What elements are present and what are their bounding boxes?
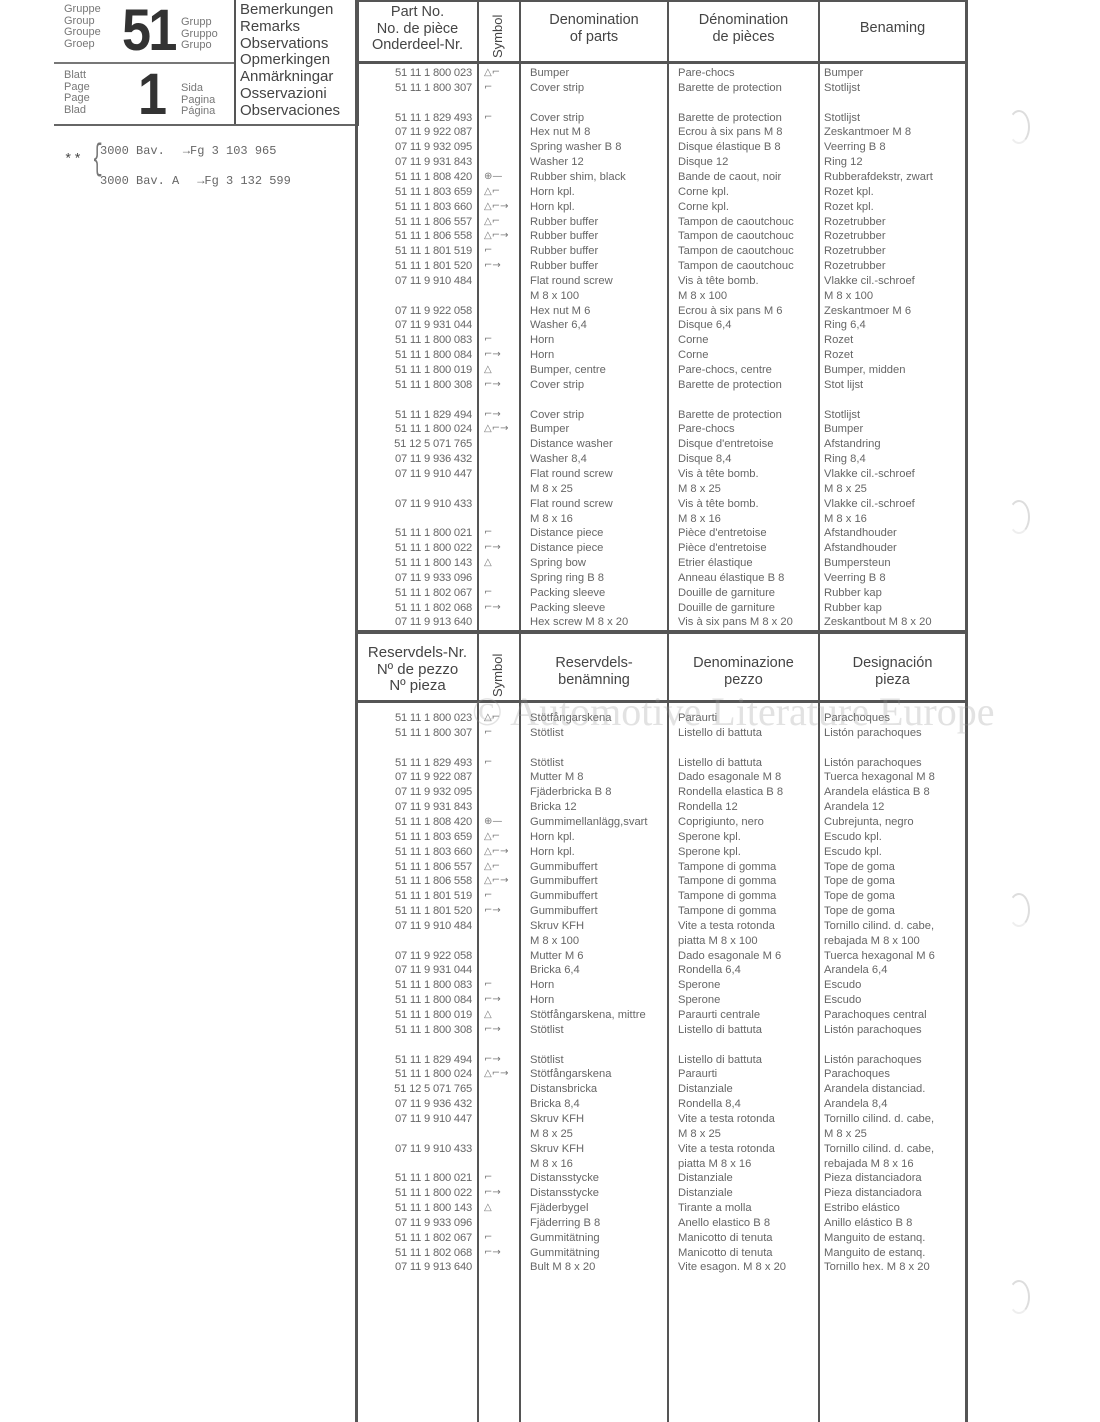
denomination-cell: Ring 12: [824, 155, 863, 170]
symbol-icon: ⌐→: [484, 408, 520, 423]
denomination-cell: Tornillo cilind. d. cabe,: [824, 1112, 934, 1127]
symbol-icon: ⌐: [484, 1231, 520, 1246]
part-number: 07 11 9 910 484: [356, 274, 472, 289]
denomination-cell: Flat round screw: [530, 467, 613, 482]
table-row: 51 11 1 829 493⌐StötlistListello di batt…: [356, 756, 968, 771]
denomination-cell: Etrier élastique: [678, 556, 753, 571]
table-row: 07 11 9 933 096Fjäderring B 8Anello elas…: [356, 1216, 968, 1231]
table-row: 51 11 1 806 558△⌐→Rubber bufferTampon de…: [356, 229, 968, 244]
symbol-icon: ⌐→: [484, 1246, 520, 1261]
denomination-cell: Spring bow: [530, 556, 586, 571]
denomination-cell: Bricka 6,4: [530, 963, 580, 978]
denomination-cell: Pare-chocs, centre: [678, 363, 772, 378]
part-number: 51 11 1 829 494: [356, 1053, 472, 1068]
symbol-icon: ⌐→: [484, 904, 520, 919]
denomination-cell: piatta M 8 x 100: [678, 934, 758, 949]
part-number: 51 11 1 800 021: [356, 1171, 472, 1186]
denomination-cell: Stötfångarskena: [530, 1067, 611, 1082]
symbol-icon: ⌐: [484, 244, 520, 259]
page-labels-right: Sida Pagina Página: [181, 83, 215, 118]
group-label: Grupo: [181, 40, 218, 52]
denomination-cell: Rubber kap: [824, 586, 882, 601]
denomination-cell: Vlakke cil.-schroef: [824, 274, 915, 289]
denomination-cell: Stötfångarskena, mittre: [530, 1008, 646, 1023]
denomination-cell: Rondella 6,4: [678, 963, 741, 978]
table-row: 51 11 1 800 308⌐→Cover stripBarette de p…: [356, 378, 968, 393]
part-number: 51 11 1 806 557: [356, 215, 472, 230]
part-number: 51 11 1 800 019: [356, 363, 472, 378]
denomination-cell: Tirante a molla: [678, 1201, 752, 1216]
denomination-cell: Veerring B 8: [824, 571, 886, 586]
table-row: M 8 x 100M 8 x 100M 8 x 100: [356, 289, 968, 304]
denomination-cell: Disque 12: [678, 155, 728, 170]
remarks-label: Anmärkningar: [240, 69, 340, 86]
remarks-label: Remarks: [240, 19, 340, 36]
denomination-cell: Arandela elástica B 8: [824, 785, 930, 800]
table-row: 07 11 9 932 095Fjäderbricka B 8Rondella …: [356, 785, 968, 800]
header-line: of parts: [521, 29, 667, 46]
symbol-icon: ⊕—: [484, 170, 520, 185]
table-row: 51 12 5 071 765DistansbrickaDistanzialeA…: [356, 1082, 968, 1097]
denomination-cell: Tampon de caoutchouc: [678, 229, 794, 244]
part-number: 07 11 9 933 096: [356, 571, 472, 586]
denomination-cell: Cubrejunta, negro: [824, 815, 914, 830]
denomination-cell: Parachoques central: [824, 1008, 927, 1023]
group-labels-right: Grupp Gruppo Grupo: [181, 17, 218, 52]
part-number: 51 11 1 808 420: [356, 170, 472, 185]
page-label: Página: [181, 106, 215, 118]
table-row: 07 11 9 936 432Washer 8,4Disque 8,4Ring …: [356, 452, 968, 467]
double-asterisk-icon: **: [64, 152, 83, 168]
table-row: 51 11 1 802 067⌐GummitätningManicotto di…: [356, 1231, 968, 1246]
denomination-cell: Tampon de caoutchouc: [678, 244, 794, 259]
group-label: Groupe: [64, 27, 101, 39]
part-number: 07 11 9 922 058: [356, 949, 472, 964]
denomination-cell: Bumper, midden: [824, 363, 905, 378]
symbol-icon: ⌐→: [484, 259, 520, 274]
part-number: 07 11 9 910 447: [356, 1112, 472, 1127]
part-number: 51 11 1 800 307: [356, 726, 472, 741]
table-row: 51 11 1 806 558△⌐→GummibuffertTampone di…: [356, 874, 968, 889]
header-line: pieza: [820, 672, 965, 689]
denomination-cell: Afstandring: [824, 437, 881, 452]
denomination-cell: Anillo elástico B 8: [824, 1216, 912, 1231]
denomination-cell: Manicotto di tenuta: [678, 1246, 773, 1261]
symbol-icon: ⌐→: [484, 541, 520, 556]
symbol-icon: ⌐: [484, 756, 520, 771]
remarks-labels: Bemerkungen Remarks Observations Opmerki…: [240, 2, 340, 120]
table-row: 51 11 1 800 021⌐DistansstyckeDistanziale…: [356, 1171, 968, 1186]
denomination-cell: Rubber buffer: [530, 244, 598, 259]
part-number: 51 11 1 829 493: [356, 756, 472, 771]
denomination-cell: Tornillo cilind. d. cabe,: [824, 919, 934, 934]
part-number: 51 11 1 800 083: [356, 978, 472, 993]
part-number: 51 11 1 800 019: [356, 1008, 472, 1023]
symbol-header: Symbol: [490, 15, 505, 58]
header-line: Reservdels-Nr.: [358, 645, 477, 662]
table-row: 51 11 1 802 067⌐Packing sleeveDouille de…: [356, 586, 968, 601]
part-number: 51 11 1 800 308: [356, 378, 472, 393]
denomination-cell: Gummibuffert: [530, 874, 598, 889]
table-row: 51 11 1 803 660△⌐→Horn kpl.Sperone kpl.E…: [356, 845, 968, 860]
part-number: 07 11 9 933 096: [356, 1216, 472, 1231]
symbol-icon: △⌐→: [484, 874, 520, 889]
header-line: Onderdeel-Nr.: [358, 37, 477, 54]
part-number: 07 11 9 931 044: [356, 318, 472, 333]
page-label: Sida: [181, 83, 215, 95]
denomination-cell: Distance washer: [530, 437, 613, 452]
header-line: Denominazione: [669, 655, 818, 672]
part-number: 07 11 9 922 087: [356, 770, 472, 785]
denomination-cell: M 8 x 16: [530, 512, 573, 527]
table-rule: [356, 61, 968, 64]
denomination-cell: Stotlijst: [824, 408, 860, 423]
page-label: Page: [64, 93, 90, 105]
denomination-cell: M 8 x 25: [824, 1127, 867, 1142]
symbol-icon: △⌐: [484, 860, 520, 875]
denomination-cell: Tampon de caoutchouc: [678, 215, 794, 230]
symbol-icon: ⊕—: [484, 815, 520, 830]
table-row: 07 11 9 931 843Washer 12Disque 12Ring 12: [356, 155, 968, 170]
denomination-cell: Mutter M 6: [530, 949, 583, 964]
part-number: 51 11 1 803 659: [356, 830, 472, 845]
table-row: M 8 x 25M 8 x 25M 8 x 25: [356, 1127, 968, 1142]
symbol-icon: ⌐: [484, 1171, 520, 1186]
symbol-icon: ⌐→: [484, 993, 520, 1008]
part-number: 51 11 1 801 520: [356, 259, 472, 274]
denomination-cell: Tampon de caoutchouc: [678, 259, 794, 274]
table-rule: [356, 630, 968, 634]
denomination-cell: Rondella 12: [678, 800, 738, 815]
denomination-cell: Arandela 12: [824, 800, 884, 815]
col3-header: Benaming: [820, 20, 965, 37]
part-number: 51 11 1 800 083: [356, 333, 472, 348]
denomination-cell: Tampone di gomma: [678, 889, 776, 904]
denomination-cell: Flat round screw: [530, 497, 613, 512]
denomination-cell: Tope de goma: [824, 860, 895, 875]
table-row: 07 11 9 931 044Bricka 6,4Rondella 6,4Ara…: [356, 963, 968, 978]
symbol-icon: ⌐: [484, 111, 520, 126]
part-number: 07 11 9 922 087: [356, 125, 472, 140]
remarks-label: Observaciones: [240, 103, 340, 120]
table-row: 51 12 5 071 765Distance washerDisque d'e…: [356, 437, 968, 452]
table-row: 51 11 1 800 021⌐Distance piecePièce d'en…: [356, 526, 968, 541]
denomination-cell: Coprigiunto, nero: [678, 815, 764, 830]
table-row: 51 11 1 808 420⊕—Gummimellanlägg,svartCo…: [356, 815, 968, 830]
denomination-cell: Anello elastico B 8: [678, 1216, 770, 1231]
punch-hole-icon: [1008, 110, 1030, 144]
denomination-cell: M 8 x 25: [530, 1127, 573, 1142]
denomination-cell: Horn: [530, 978, 554, 993]
denomination-cell: Barette de protection: [678, 111, 782, 126]
denomination-cell: Ring 8,4: [824, 452, 866, 467]
symbol-icon: ⌐→: [484, 1023, 520, 1038]
denomination-cell: Listón parachoques: [824, 1053, 922, 1068]
symbol-icon: △⌐→: [484, 229, 520, 244]
denomination-cell: Bricka 12: [530, 800, 577, 815]
table-row: 07 11 9 933 096Spring ring B 8Anneau éla…: [356, 571, 968, 586]
denomination-cell: Tornillo hex. M 8 x 20: [824, 1260, 930, 1275]
denomination-cell: Horn: [530, 993, 554, 1008]
part-number: 51 11 1 800 023: [356, 711, 472, 726]
denomination-cell: Vite esagon. M 8 x 20: [678, 1260, 786, 1275]
part-number: 07 11 9 936 432: [356, 1097, 472, 1112]
table-row: 07 11 9 910 484Skruv KFHVite a testa rot…: [356, 919, 968, 934]
part-number: 07 11 9 913 640: [356, 615, 472, 630]
denomination-cell: Vis à tête bomb.: [678, 497, 759, 512]
denomination-cell: Dado esagonale M 6: [678, 949, 781, 964]
denomination-cell: Rondella 8,4: [678, 1097, 741, 1112]
part-number: 51 11 1 800 084: [356, 993, 472, 1008]
denomination-cell: Barette de protection: [678, 408, 782, 423]
part-number: 51 11 1 801 519: [356, 889, 472, 904]
denomination-cell: Ecrou à six pans M 8: [678, 125, 782, 140]
denomination-cell: Skruv KFH: [530, 1112, 584, 1127]
denomination-cell: Bult M 8 x 20: [530, 1260, 595, 1275]
denomination-cell: Disque 8,4: [678, 452, 732, 467]
part-number: 51 11 1 806 558: [356, 229, 472, 244]
denomination-cell: Corne kpl.: [678, 185, 729, 200]
page-labels-left: Blatt Page Page Blad: [64, 70, 90, 116]
part-number: 07 11 9 932 095: [356, 785, 472, 800]
part-number: 51 11 1 801 519: [356, 244, 472, 259]
part-number: 07 11 9 922 058: [356, 304, 472, 319]
table-row: 51 11 1 800 023△⌐BumperPare-chocsBumper: [356, 66, 968, 81]
denomination-cell: Rozetrubber: [824, 229, 886, 244]
remark-ref: →Fg 3 132 599: [197, 174, 291, 188]
table-row: 07 11 9 910 433Flat round screwVis à têt…: [356, 497, 968, 512]
denomination-cell: Bumper: [530, 66, 569, 81]
denomination-cell: Zeskantmoer M 8: [824, 125, 911, 140]
group-labels-left: Gruppe Group Groupe Groep: [64, 4, 101, 50]
table-row: 51 11 1 801 520⌐→GummibuffertTampone di …: [356, 904, 968, 919]
part-number: 51 11 1 800 024: [356, 1067, 472, 1082]
denomination-cell: Rubber kap: [824, 601, 882, 616]
table-row: 51 11 1 800 307⌐Cover stripBarette de pr…: [356, 81, 968, 96]
part-number: 51 11 1 806 558: [356, 874, 472, 889]
denomination-cell: Horn kpl.: [530, 830, 575, 845]
page-label: Blatt: [64, 70, 90, 82]
denomination-cell: Hex screw M 8 x 20: [530, 615, 628, 630]
denomination-cell: Fjäderbygel: [530, 1201, 588, 1216]
table-row: M 8 x 100piatta M 8 x 100rebajada M 8 x …: [356, 934, 968, 949]
group-number: 51: [122, 4, 175, 58]
denomination-cell: Manguito de estanq.: [824, 1231, 925, 1246]
part-number: 07 11 9 936 432: [356, 452, 472, 467]
table-row: 07 11 9 913 640Bult M 8 x 20Vite esagon.…: [356, 1260, 968, 1275]
header-line: No. de pièce: [358, 21, 477, 38]
part-no-header: Part No. No. de pièce Onderdeel-Nr.: [358, 4, 477, 54]
denomination-cell: Spring washer B 8: [530, 140, 621, 155]
header-line: Nº pieza: [358, 678, 477, 695]
denomination-cell: Ring 6,4: [824, 318, 866, 333]
table-row: 07 11 9 922 058Hex nut M 6Ecrou à six pa…: [356, 304, 968, 319]
denomination-cell: M 8 x 100: [530, 934, 579, 949]
denomination-cell: Gummitätning: [530, 1246, 600, 1261]
remark-line: 3000 Bav. A→Fg 3 132 599: [100, 174, 291, 188]
punch-hole-icon: [1008, 500, 1030, 534]
symbol-icon: ⌐: [484, 586, 520, 601]
header-line: Denomination: [521, 12, 667, 29]
part-number: 07 11 9 932 095: [356, 140, 472, 155]
denomination-cell: Gummibuffert: [530, 904, 598, 919]
denomination-cell: Escudo: [824, 993, 861, 1008]
denomination-cell: Rubber buffer: [530, 215, 598, 230]
table-row: 51 11 1 800 143△FjäderbygelTirante a mol…: [356, 1201, 968, 1216]
denomination-cell: rebajada M 8 x 16: [824, 1157, 914, 1172]
denomination-cell: Distansstycke: [530, 1186, 599, 1201]
table-row: [356, 393, 968, 408]
part-number: 51 11 1 801 520: [356, 904, 472, 919]
denomination-cell: Dado esagonale M 8: [678, 770, 781, 785]
denomination-cell: M 8 x 16: [824, 512, 867, 527]
table-row: 51 11 1 800 019△Stötfångarskena, mittreP…: [356, 1008, 968, 1023]
denomination-cell: Tuerca hexagonal M 6: [824, 949, 935, 964]
symbol-icon: △⌐→: [484, 422, 520, 437]
denomination-cell: Tope de goma: [824, 904, 895, 919]
denomination-cell: Rozet kpl.: [824, 200, 874, 215]
table-row: 51 11 1 802 068⌐→Packing sleeveDouille d…: [356, 601, 968, 616]
denomination-cell: Vis à tête bomb.: [678, 274, 759, 289]
denomination-cell: Distanziale: [678, 1186, 733, 1201]
part-number: 51 11 1 829 494: [356, 408, 472, 423]
part-number: 51 11 1 806 557: [356, 860, 472, 875]
denomination-cell: Rozetrubber: [824, 215, 886, 230]
denomination-cell: Sperone: [678, 993, 720, 1008]
part-number: 51 11 1 800 024: [356, 422, 472, 437]
table-row: 51 11 1 802 068⌐→GummitätningManicotto d…: [356, 1246, 968, 1261]
denomination-cell: M 8 x 16: [678, 512, 721, 527]
table-row: 51 11 1 803 659△⌐Horn kpl.Sperone kpl.Es…: [356, 830, 968, 845]
part-number: 51 11 1 808 420: [356, 815, 472, 830]
part-number: 07 11 9 910 433: [356, 1142, 472, 1157]
denomination-cell: Arandela distanciad.: [824, 1082, 925, 1097]
part-number: 07 11 9 913 640: [356, 1260, 472, 1275]
denomination-cell: Rozetrubber: [824, 259, 886, 274]
remarks-label: Opmerkingen: [240, 52, 340, 69]
denomination-cell: Corne: [678, 333, 708, 348]
part-number: 51 11 1 800 143: [356, 1201, 472, 1216]
remark-model: 3000 Bav.: [100, 144, 165, 158]
table-row: 51 11 1 800 022⌐→DistansstyckeDistanzial…: [356, 1186, 968, 1201]
denomination-cell: Veerring B 8: [824, 140, 886, 155]
symbol-icon: △⌐: [484, 185, 520, 200]
part-number: 07 11 9 931 843: [356, 800, 472, 815]
punch-hole-icon: [1008, 1280, 1030, 1314]
table-row: 51 11 1 800 143△Spring bowEtrier élastiq…: [356, 556, 968, 571]
denomination-cell: Stot lijst: [824, 378, 863, 393]
denomination-cell: M 8 x 100: [824, 289, 873, 304]
denomination-cell: Distanziale: [678, 1171, 733, 1186]
denomination-cell: Listón parachoques: [824, 1023, 922, 1038]
denomination-cell: Vlakke cil.-schroef: [824, 467, 915, 482]
denomination-cell: Tope de goma: [824, 874, 895, 889]
punch-hole-icon: [1008, 893, 1030, 927]
table-row: 07 11 9 910 433Skruv KFHVite a testa rot…: [356, 1142, 968, 1157]
denomination-cell: Douille de garniture: [678, 601, 775, 616]
header-line: Nº de pezzo: [358, 662, 477, 679]
denomination-cell: Vite a testa rotonda: [678, 1142, 775, 1157]
symbol-icon: △⌐→: [484, 200, 520, 215]
table-row: 51 11 1 829 493⌐Cover stripBarette de pr…: [356, 111, 968, 126]
denomination-cell: Tampone di gomma: [678, 860, 776, 875]
table-row: 51 11 1 800 083⌐HornCorneRozet: [356, 333, 968, 348]
part-number: 07 11 9 931 843: [356, 155, 472, 170]
denomination-cell: Hex nut M 6: [530, 304, 590, 319]
denomination-cell: Horn: [530, 348, 554, 363]
denomination-cell: Rozet kpl.: [824, 185, 874, 200]
header-line: Part No.: [358, 4, 477, 21]
symbol-icon: △: [484, 1201, 520, 1216]
denomination-cell: M 8 x 25: [530, 482, 573, 497]
header-divider: [234, 0, 236, 124]
header-line: Designación: [820, 655, 965, 672]
table-row: 07 11 9 910 447Flat round screwVis à têt…: [356, 467, 968, 482]
denomination-cell: Zeskantbout M 8 x 20: [824, 615, 932, 630]
page-number: 1: [138, 68, 164, 122]
symbol-icon: △⌐: [484, 215, 520, 230]
part-number: 51 11 1 800 023: [356, 66, 472, 81]
header-line: benämning: [521, 672, 667, 689]
part-number: 51 11 1 802 067: [356, 1231, 472, 1246]
denomination-cell: Tope de goma: [824, 889, 895, 904]
denomination-cell: Barette de protection: [678, 378, 782, 393]
denomination-cell: Arandela 6,4: [824, 963, 887, 978]
denomination-cell: Washer 8,4: [530, 452, 587, 467]
denomination-cell: Rubber buffer: [530, 259, 598, 274]
denomination-cell: Spring ring B 8: [530, 571, 604, 586]
denomination-cell: Anneau élastique B 8: [678, 571, 784, 586]
denomination-cell: Zeskantmoer M 6: [824, 304, 911, 319]
denomination-cell: Escudo kpl.: [824, 830, 882, 845]
denomination-cell: Stotlijst: [824, 111, 860, 126]
denomination-cell: Corne kpl.: [678, 200, 729, 215]
part-number: 51 11 1 800 307: [356, 81, 472, 96]
symbol-icon: ⌐→: [484, 348, 520, 363]
table-row: 07 11 9 910 447Skruv KFHVite a testa rot…: [356, 1112, 968, 1127]
denomination-cell: Tuerca hexagonal M 8: [824, 770, 935, 785]
col3-header: Designación pieza: [820, 655, 965, 688]
part-number: 51 11 1 800 308: [356, 1023, 472, 1038]
denomination-cell: Sperone: [678, 978, 720, 993]
part-number: 51 11 1 800 021: [356, 526, 472, 541]
denomination-cell: Arandela 8,4: [824, 1097, 887, 1112]
denomination-cell: Gummimellanlägg,svart: [530, 815, 648, 830]
part-number: 51 11 1 829 493: [356, 111, 472, 126]
denomination-cell: Manguito de estanq.: [824, 1246, 925, 1261]
col2-header: Denominazione pezzo: [669, 655, 818, 688]
watermark: © Automotive Literature Europe: [472, 688, 994, 735]
denomination-cell: Paraurti centrale: [678, 1008, 760, 1023]
table-row: 51 11 1 800 308⌐→StötlistListello di bat…: [356, 1023, 968, 1038]
denomination-cell: Bumper: [530, 422, 569, 437]
part-number: 07 11 9 931 044: [356, 963, 472, 978]
part-number: 51 11 1 803 660: [356, 845, 472, 860]
table-row: 07 11 9 922 087Hex nut M 8Ecrou à six pa…: [356, 125, 968, 140]
denomination-cell: Vlakke cil.-schroef: [824, 497, 915, 512]
table-row: M 8 x 25M 8 x 25M 8 x 25: [356, 482, 968, 497]
col1-header: Reservdels- benämning: [521, 655, 667, 688]
table-row: 51 11 1 800 022⌐→Distance piecePièce d'e…: [356, 541, 968, 556]
denomination-cell: Pièce d'entretoise: [678, 541, 767, 556]
part-number: 07 11 9 910 433: [356, 497, 472, 512]
denomination-cell: Horn kpl.: [530, 200, 575, 215]
denomination-cell: Fjäderring B 8: [530, 1216, 600, 1231]
denomination-cell: Tampone di gomma: [678, 874, 776, 889]
symbol-icon: ⌐→: [484, 1053, 520, 1068]
part-number: 51 12 5 071 765: [356, 1082, 472, 1097]
symbol-icon: △⌐→: [484, 845, 520, 860]
